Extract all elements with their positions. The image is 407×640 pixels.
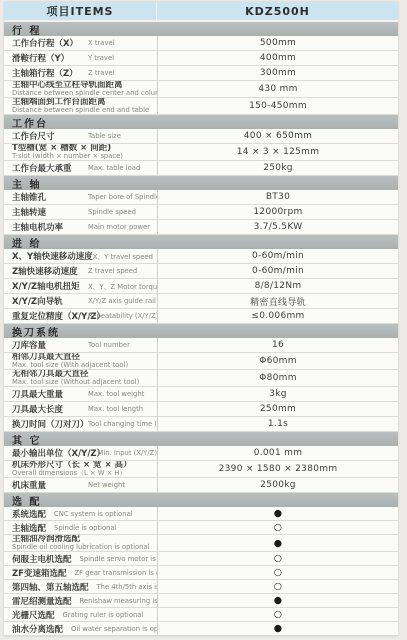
spec-row: 主轴锥孔 Taper bore of Spindle BT30 — [4, 190, 398, 205]
row-label-zh: 刀库容量 — [12, 339, 88, 351]
section: 工作台 工作台尺寸 Table size 400 × 650mm T型槽(宽 ×… — [4, 115, 398, 176]
spec-row: 最小输出单位（X/Y/Z） Min. Input (X/Y/Z) 0.001 m… — [4, 446, 398, 461]
row-label-zh: X/Y/Z向导轨 — [12, 295, 88, 307]
row-label-en: Max. tool size (Without adjacent tool) — [12, 379, 139, 386]
row-label-en: Y travel — [88, 54, 114, 62]
row-label-en: X/Y/Z axis guide rail — [88, 297, 156, 305]
section: 其 它 最小输出单位（X/Y/Z） Min. Input (X/Y/Z) 0.0… — [4, 432, 398, 493]
row-label-en: Taper bore of Spindle — [88, 193, 157, 201]
row-label: 刀具最大长度 Max. tool length — [4, 402, 157, 416]
spec-row: X/Y/Z轴电机扭矩 X、Y、Z Motor torque 8/8/12Nm — [4, 279, 398, 294]
row-value: 2500kg — [157, 478, 398, 492]
row-label: 滑鞍行程（Y） Y travel — [4, 51, 157, 65]
row-label-zh: 主轴箱行程（Z） — [12, 67, 88, 79]
row-label-en: X、Y travel speed — [93, 251, 153, 261]
row-label-en: Max. tool length — [88, 405, 143, 413]
row-label: 伺服主电机选配 Spindle servo motor is optional — [4, 552, 157, 565]
spec-row: 主轴选配 Spindle is optional ○ — [4, 521, 398, 535]
row-label: Z轴快速移动速度 Z travel speed — [4, 264, 157, 278]
row-label: 无相邻刀具最大直径 Max. tool size (Without adjace… — [4, 370, 157, 386]
section: 行 程 工作台行程（X） X travel 500mm 滑鞍行程（Y） Y tr… — [4, 22, 398, 115]
option-dot: ○ — [157, 521, 398, 534]
row-value: 0-60m/min — [157, 249, 398, 263]
row-value: 2390 × 1580 × 2380mm — [157, 461, 398, 477]
row-label-zh: Z轴快速移动速度 — [12, 265, 88, 277]
row-label-en: Renishaw measuring is optional — [80, 597, 157, 605]
row-label: 油水分离选配 Oil water separation is optional — [4, 622, 157, 635]
model-header-cell: KDZ500H — [157, 2, 398, 20]
items-header-cell: 项目ITEMS — [4, 2, 157, 20]
row-label-en: T-slot (width × number × space) — [12, 153, 123, 160]
row-value: BT30 — [157, 190, 398, 204]
row-value: 8/8/12Nm — [157, 279, 398, 293]
row-label-zh: 主轴电机功率 — [12, 221, 88, 233]
row-label: 最小输出单位（X/Y/Z） Min. Input (X/Y/Z) — [4, 446, 157, 460]
spec-row: 主轴油冷润滑选配 Spindle oil cooling lubrication… — [4, 535, 398, 552]
row-label-zh: 工作台行程（X） — [12, 37, 88, 49]
row-label-zh: 伺服主电机选配 — [12, 553, 72, 565]
spec-row: X、Y轴快速移动速度 X、Y travel speed 0-60m/min — [4, 249, 398, 264]
row-label-en: Spindle servo motor is optional — [80, 555, 157, 563]
spec-row: 主轴电机功率 Main motor power 3.7/5.5KW — [4, 220, 398, 235]
row-value: 250mm — [157, 402, 398, 416]
section-header: 主 轴 — [4, 176, 398, 190]
row-value: ≤0.006mm — [157, 309, 398, 323]
row-label-zh: 油水分离选配 — [12, 623, 63, 635]
spec-row: 相邻刀具最大直径 Max. tool size (With adjacent t… — [4, 353, 398, 370]
spec-row: 雷尼绍测量选配 Renishaw measuring is optional ● — [4, 594, 398, 608]
spec-row: 无相邻刀具最大直径 Max. tool size (Without adjace… — [4, 370, 398, 387]
row-value: 3.7/5.5KW — [157, 220, 398, 234]
option-dot: ○ — [157, 566, 398, 579]
row-label-en: Z travel — [88, 69, 115, 77]
row-label-en: Max. tool weight — [88, 390, 144, 398]
spec-row: 油水分离选配 Oil water separation is optional … — [4, 622, 398, 636]
row-label-zh: 主轴锥孔 — [12, 191, 88, 203]
option-dot: ○ — [157, 552, 398, 565]
row-value: 250kg — [157, 161, 398, 175]
row-label-en: CNC system is optional — [54, 510, 133, 518]
row-value: Φ60mm — [157, 353, 398, 369]
row-value: 430 mm — [157, 81, 398, 97]
row-value: 400mm — [157, 51, 398, 65]
spec-table-body: 行 程 工作台行程（X） X travel 500mm 滑鞍行程（Y） Y tr… — [4, 22, 398, 636]
option-dot: ● — [157, 594, 398, 607]
row-label-zh: 滑鞍行程（Y） — [12, 52, 88, 64]
row-label-zh: 换刀时间（刀对刀） — [12, 418, 88, 430]
spec-row: 滑鞍行程（Y） Y travel 400mm — [4, 51, 398, 66]
row-value: 0-60m/min — [157, 264, 398, 278]
row-label: 主轴选配 Spindle is optional — [4, 521, 157, 534]
row-label-zh: 光栅尺选配 — [12, 609, 55, 621]
section-title: 选 配 — [12, 493, 41, 508]
row-label: 主轴油冷润滑选配 Spindle oil cooling lubrication… — [4, 535, 157, 551]
row-label: 主轴锥孔 Taper bore of Spindle — [4, 190, 157, 204]
row-value: 500mm — [157, 36, 398, 50]
row-label-en: Oil water separation is optional — [71, 625, 157, 633]
row-label: 主轴电机功率 Main motor power — [4, 220, 157, 234]
row-label-en: Max. table load — [88, 164, 140, 172]
option-dot: ○ — [157, 580, 398, 593]
row-label: 雷尼绍测量选配 Renishaw measuring is optional — [4, 594, 157, 607]
spec-table: 项目ITEMS KDZ500H 行 程 工作台行程（X） X travel 50… — [4, 2, 398, 636]
spec-row: 工作台尺寸 Table size 400 × 650mm — [4, 129, 398, 144]
row-label-en: Table size — [88, 132, 121, 140]
row-label: 刀具最大重量 Max. tool weight — [4, 387, 157, 401]
section-title: 进 给 — [12, 235, 41, 250]
row-label-en: Min. Input (X/Y/Z) — [98, 449, 158, 457]
section-title: 行 程 — [12, 22, 41, 37]
row-value: 12000rpm — [157, 205, 398, 219]
option-dot: ● — [157, 535, 398, 551]
row-label-zh: 最小输出单位（X/Y/Z） — [12, 447, 98, 459]
row-value: 400 × 650mm — [157, 129, 398, 143]
row-label-en: Grating ruler is optional — [63, 611, 144, 619]
row-label: 主轴转速 Spindle speed — [4, 205, 157, 219]
row-label: 主轴端面到工作台面距离 Distance between spindle end… — [4, 98, 157, 114]
row-label-en: Distance between spindle end and table — [12, 107, 149, 114]
section-header: 进 给 — [4, 235, 398, 249]
section-title: 换刀系统 — [12, 324, 60, 339]
option-dot: ● — [157, 622, 398, 635]
row-label-en: The 4th/5th axis is optional — [97, 583, 157, 591]
row-label: 工作台最大承重 Max. table load — [4, 161, 157, 175]
row-label-zh: 工作台最大承重 — [12, 162, 88, 174]
row-value: 3kg — [157, 387, 398, 401]
row-label: X、Y轴快速移动速度 X、Y travel speed — [4, 249, 157, 263]
row-label: 机床外形尺寸（长 × 宽 × 高） Overall dimensions（L ×… — [4, 461, 157, 477]
row-label-en: Tool changing time (cut to cut) — [88, 420, 157, 428]
row-label-zh: 第四轴、第五轴选配 — [12, 581, 89, 593]
spec-row: 光栅尺选配 Grating ruler is optional ○ — [4, 608, 398, 622]
section-header: 选 配 — [4, 493, 398, 507]
row-value: 150-450mm — [157, 98, 398, 114]
row-label-en: Spindle speed — [88, 208, 136, 216]
section-title: 工作台 — [12, 115, 48, 130]
row-label: T型槽(宽 × 槽数 × 间距) T-slot (width × number … — [4, 144, 157, 160]
row-value: 300mm — [157, 66, 398, 80]
row-label-zh: 机床重量 — [12, 479, 88, 491]
spec-row: ZF变速箱选配 ZF gear transmission is optional… — [4, 566, 398, 580]
table-header: 项目ITEMS KDZ500H — [4, 2, 398, 22]
row-label: 第四轴、第五轴选配 The 4th/5th axis is optional — [4, 580, 157, 593]
section: 主 轴 主轴锥孔 Taper bore of Spindle BT30 主轴转速… — [4, 176, 398, 235]
spec-row: 系统选配 CNC system is optional ● — [4, 507, 398, 521]
spec-row: 工作台行程（X） X travel 500mm — [4, 36, 398, 51]
spec-row: 工作台最大承重 Max. table load 250kg — [4, 161, 398, 176]
row-label-zh: 刀具最大重量 — [12, 388, 88, 400]
row-label-en: Z travel speed — [88, 267, 137, 275]
row-value: 1.1s — [157, 417, 398, 431]
row-value: 16 — [157, 338, 398, 352]
row-label-zh: 主轴选配 — [12, 522, 46, 534]
row-label: 光栅尺选配 Grating ruler is optional — [4, 608, 157, 621]
spec-row: Z轴快速移动速度 Z travel speed 0-60m/min — [4, 264, 398, 279]
row-label: 相邻刀具最大直径 Max. tool size (With adjacent t… — [4, 353, 157, 369]
row-label: 系统选配 CNC system is optional — [4, 507, 157, 520]
row-label-en: Max. tool size (With adjacent tool) — [12, 362, 128, 369]
section-title: 其 它 — [12, 432, 41, 447]
spec-row: 主轴中心线至立柱导轨面距离 Distance between spindle c… — [4, 81, 398, 98]
row-label: 换刀时间（刀对刀） Tool changing time (cut to cut… — [4, 417, 157, 431]
option-dot: ○ — [157, 608, 398, 621]
row-label-en: Spindle oil cooling lubrication is optio… — [12, 544, 150, 551]
row-label-zh: 系统选配 — [12, 508, 46, 520]
row-label-en: ZF gear transmission is optional — [74, 569, 157, 577]
row-label-en: X travel — [88, 39, 115, 47]
section-header: 其 它 — [4, 432, 398, 446]
section: 进 给 X、Y轴快速移动速度 X、Y travel speed 0-60m/mi… — [4, 235, 398, 324]
row-label: 重复定位精度（X/Y/Z） Repeatability (X/Y/Z) — [4, 309, 157, 323]
section-header: 行 程 — [4, 22, 398, 36]
spec-row: 刀具最大重量 Max. tool weight 3kg — [4, 387, 398, 402]
section-header: 换刀系统 — [4, 324, 398, 338]
spec-row: 换刀时间（刀对刀） Tool changing time (cut to cut… — [4, 417, 398, 432]
spec-row: 主轴端面到工作台面距离 Distance between spindle end… — [4, 98, 398, 115]
row-label: X/Y/Z向导轨 X/Y/Z axis guide rail — [4, 294, 157, 308]
row-label-en: Overall dimensions（L × W × H） — [12, 470, 126, 477]
row-value: Φ80mm — [157, 370, 398, 386]
row-label-en: Distance between spindle center and colu… — [12, 90, 157, 97]
row-label-zh: 主轴转速 — [12, 206, 88, 218]
section: 换刀系统 刀库容量 Tool number 16 相邻刀具最大直径 Max. t… — [4, 324, 398, 432]
row-label-en: Main motor power — [88, 223, 150, 231]
row-label: X/Y/Z轴电机扭矩 X、Y、Z Motor torque — [4, 279, 157, 293]
spec-row: 刀库容量 Tool number 16 — [4, 338, 398, 353]
row-label: 刀库容量 Tool number — [4, 338, 157, 352]
spec-row: 重复定位精度（X/Y/Z） Repeatability (X/Y/Z) ≤0.0… — [4, 309, 398, 324]
spec-row: 机床外形尺寸（长 × 宽 × 高） Overall dimensions（L ×… — [4, 461, 398, 478]
row-value: 0.001 mm — [157, 446, 398, 460]
spec-row: 主轴箱行程（Z） Z travel 300mm — [4, 66, 398, 81]
row-label-en: Tool number — [88, 341, 130, 349]
row-label-en: X、Y、Z Motor torque — [88, 281, 157, 291]
row-label-zh: X/Y/Z轴电机扭矩 — [12, 280, 88, 292]
row-label: 主轴箱行程（Z） Z travel — [4, 66, 157, 80]
row-label: 机床重量 Net weight — [4, 478, 157, 492]
row-label-en: Spindle is optional — [54, 524, 117, 532]
row-label-en: Net weight — [88, 481, 125, 489]
row-label-zh: ZF变速箱选配 — [12, 567, 66, 579]
spec-row: 伺服主电机选配 Spindle servo motor is optional … — [4, 552, 398, 566]
spec-row: T型槽(宽 × 槽数 × 间距) T-slot (width × number … — [4, 144, 398, 161]
row-label: 主轴中心线至立柱导轨面距离 Distance between spindle c… — [4, 81, 157, 97]
spec-row: 刀具最大长度 Max. tool length 250mm — [4, 402, 398, 417]
row-label: 工作台行程（X） X travel — [4, 36, 157, 50]
row-value: 14 × 3 × 125mm — [157, 144, 398, 160]
row-label: ZF变速箱选配 ZF gear transmission is optional — [4, 566, 157, 579]
spec-row: 机床重量 Net weight 2500kg — [4, 478, 398, 493]
row-label-zh: X、Y轴快速移动速度 — [12, 250, 93, 262]
spec-row: 第四轴、第五轴选配 The 4th/5th axis is optional ○ — [4, 580, 398, 594]
row-label-en: Repeatability (X/Y/Z) — [88, 312, 157, 320]
row-label-zh: 刀具最大长度 — [12, 403, 88, 415]
option-dot: ● — [157, 507, 398, 520]
row-label-zh: 工作台尺寸 — [12, 130, 88, 142]
section: 选 配 系统选配 CNC system is optional ● 主轴选配 S… — [4, 493, 398, 636]
section-header: 工作台 — [4, 115, 398, 129]
row-label-zh: 雷尼绍测量选配 — [12, 595, 72, 607]
row-value: 精密直线导轨 — [157, 294, 398, 308]
section-title: 主 轴 — [12, 176, 41, 191]
row-label: 工作台尺寸 Table size — [4, 129, 157, 143]
spec-row: 主轴转速 Spindle speed 12000rpm — [4, 205, 398, 220]
row-label-zh: 重复定位精度（X/Y/Z） — [12, 310, 88, 322]
spec-row: X/Y/Z向导轨 X/Y/Z axis guide rail 精密直线导轨 — [4, 294, 398, 309]
